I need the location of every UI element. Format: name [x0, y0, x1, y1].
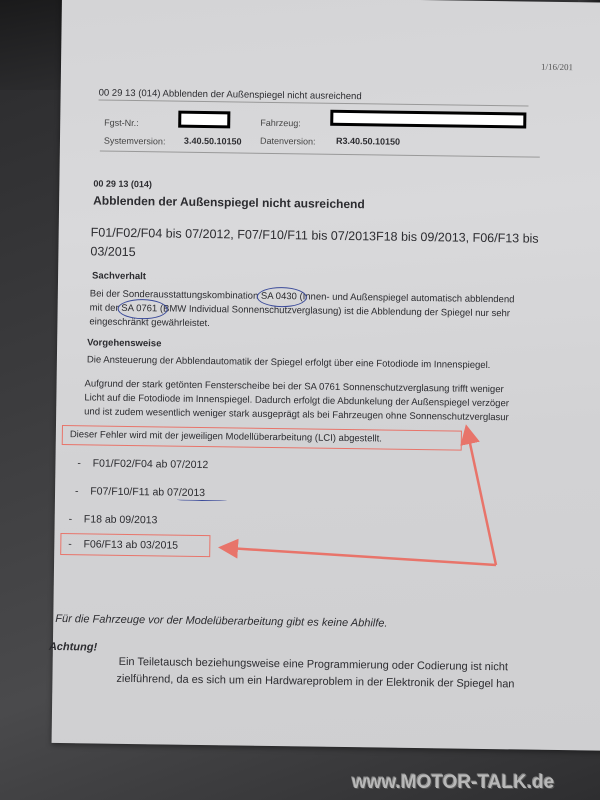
sa-0761-circled: SA 0761 [121, 303, 157, 315]
fahrzeug-label: Fahrzeug: [260, 118, 301, 129]
print-date: 1/16/201 [541, 62, 573, 72]
datenversion-value: R3.40.50.10150 [336, 136, 400, 147]
achtung-line-1: Ein Teiletausch beziehungsweise eine Pro… [119, 656, 508, 673]
lci-item-text: F18 ab 09/2013 [84, 513, 158, 526]
fgst-redacted [178, 111, 230, 129]
sachverhalt-text-4: (BMW Individual Sonnenschutzverglasung) … [160, 303, 510, 319]
sachverhalt-text-2: (Innen- und Außenspiegel automatisch abb… [299, 291, 514, 305]
affected-models: F01/F02/F04 bis 07/2012, F07/F10/F11 bis… [90, 223, 560, 268]
achtung-heading: Achtung! [49, 641, 97, 654]
lci-item-text: F01/F02/F04 ab 07/2012 [93, 457, 209, 471]
bullet: - [77, 457, 81, 469]
bullet: - [68, 538, 72, 550]
fahrzeug-redacted [330, 110, 526, 129]
lci-item-text: F06/F13 ab 03/2015 [83, 538, 178, 551]
lci-list-item: - F07/F10/F11 ab 07/2013 [75, 485, 205, 499]
bullet: - [69, 513, 73, 525]
bullet: - [75, 485, 79, 497]
bulletin-code: 00 29 13 (014) [93, 178, 152, 189]
sachverhalt-text: Bei der Sonderausstattungskombination SA… [89, 287, 590, 336]
vorgehensweise-para-1: Die Ansteuerung der Abblendautomatik der… [87, 353, 587, 374]
vorgehensweise-para-2: Aufgrund der stark getönten Fensterschei… [84, 377, 585, 426]
document-page: 1/16/201 00 29 13 (014) Abblenden der Au… [52, 0, 600, 751]
sachverhalt-heading: Sachverhalt [92, 270, 146, 282]
sa-0430-circled: SA 0430 [261, 291, 297, 303]
fgst-label: Fgst-Nr.: [104, 118, 139, 128]
lci-list-item: - F01/F02/F04 ab 07/2012 [77, 457, 208, 471]
lci-item-text: F07/F10/F11 ab 07/2013 [90, 485, 205, 499]
pen-underline [177, 499, 227, 502]
lci-list-item: - F06/F13 ab 03/2015 [68, 538, 178, 552]
vorgehensweise-heading: Vorgehensweise [87, 337, 161, 349]
achtung-line-2: zielführend, da es sich um ein Hardwarep… [116, 673, 514, 691]
systemversion-label: Systemversion: [104, 136, 166, 147]
pen-circle [257, 287, 307, 308]
watermark: www.MOTOR-TALK.de [352, 772, 554, 794]
systemversion-value: 3.40.50.10150 [184, 136, 242, 147]
sachverhalt-text-3: mit der [90, 302, 119, 313]
sachverhalt-text-1: Bei der Sonderausstattungskombination [90, 288, 259, 301]
no-remedy-note: Für die Fahrzeuge vor der Modelüberarbei… [55, 613, 387, 630]
datenversion-label: Datenversion: [260, 136, 316, 147]
lci-list-item: - F18 ab 09/2013 [69, 513, 158, 526]
meta-divider [100, 151, 540, 158]
bulletin-title: Abblenden der Außenspiegel nicht ausreic… [93, 193, 365, 211]
